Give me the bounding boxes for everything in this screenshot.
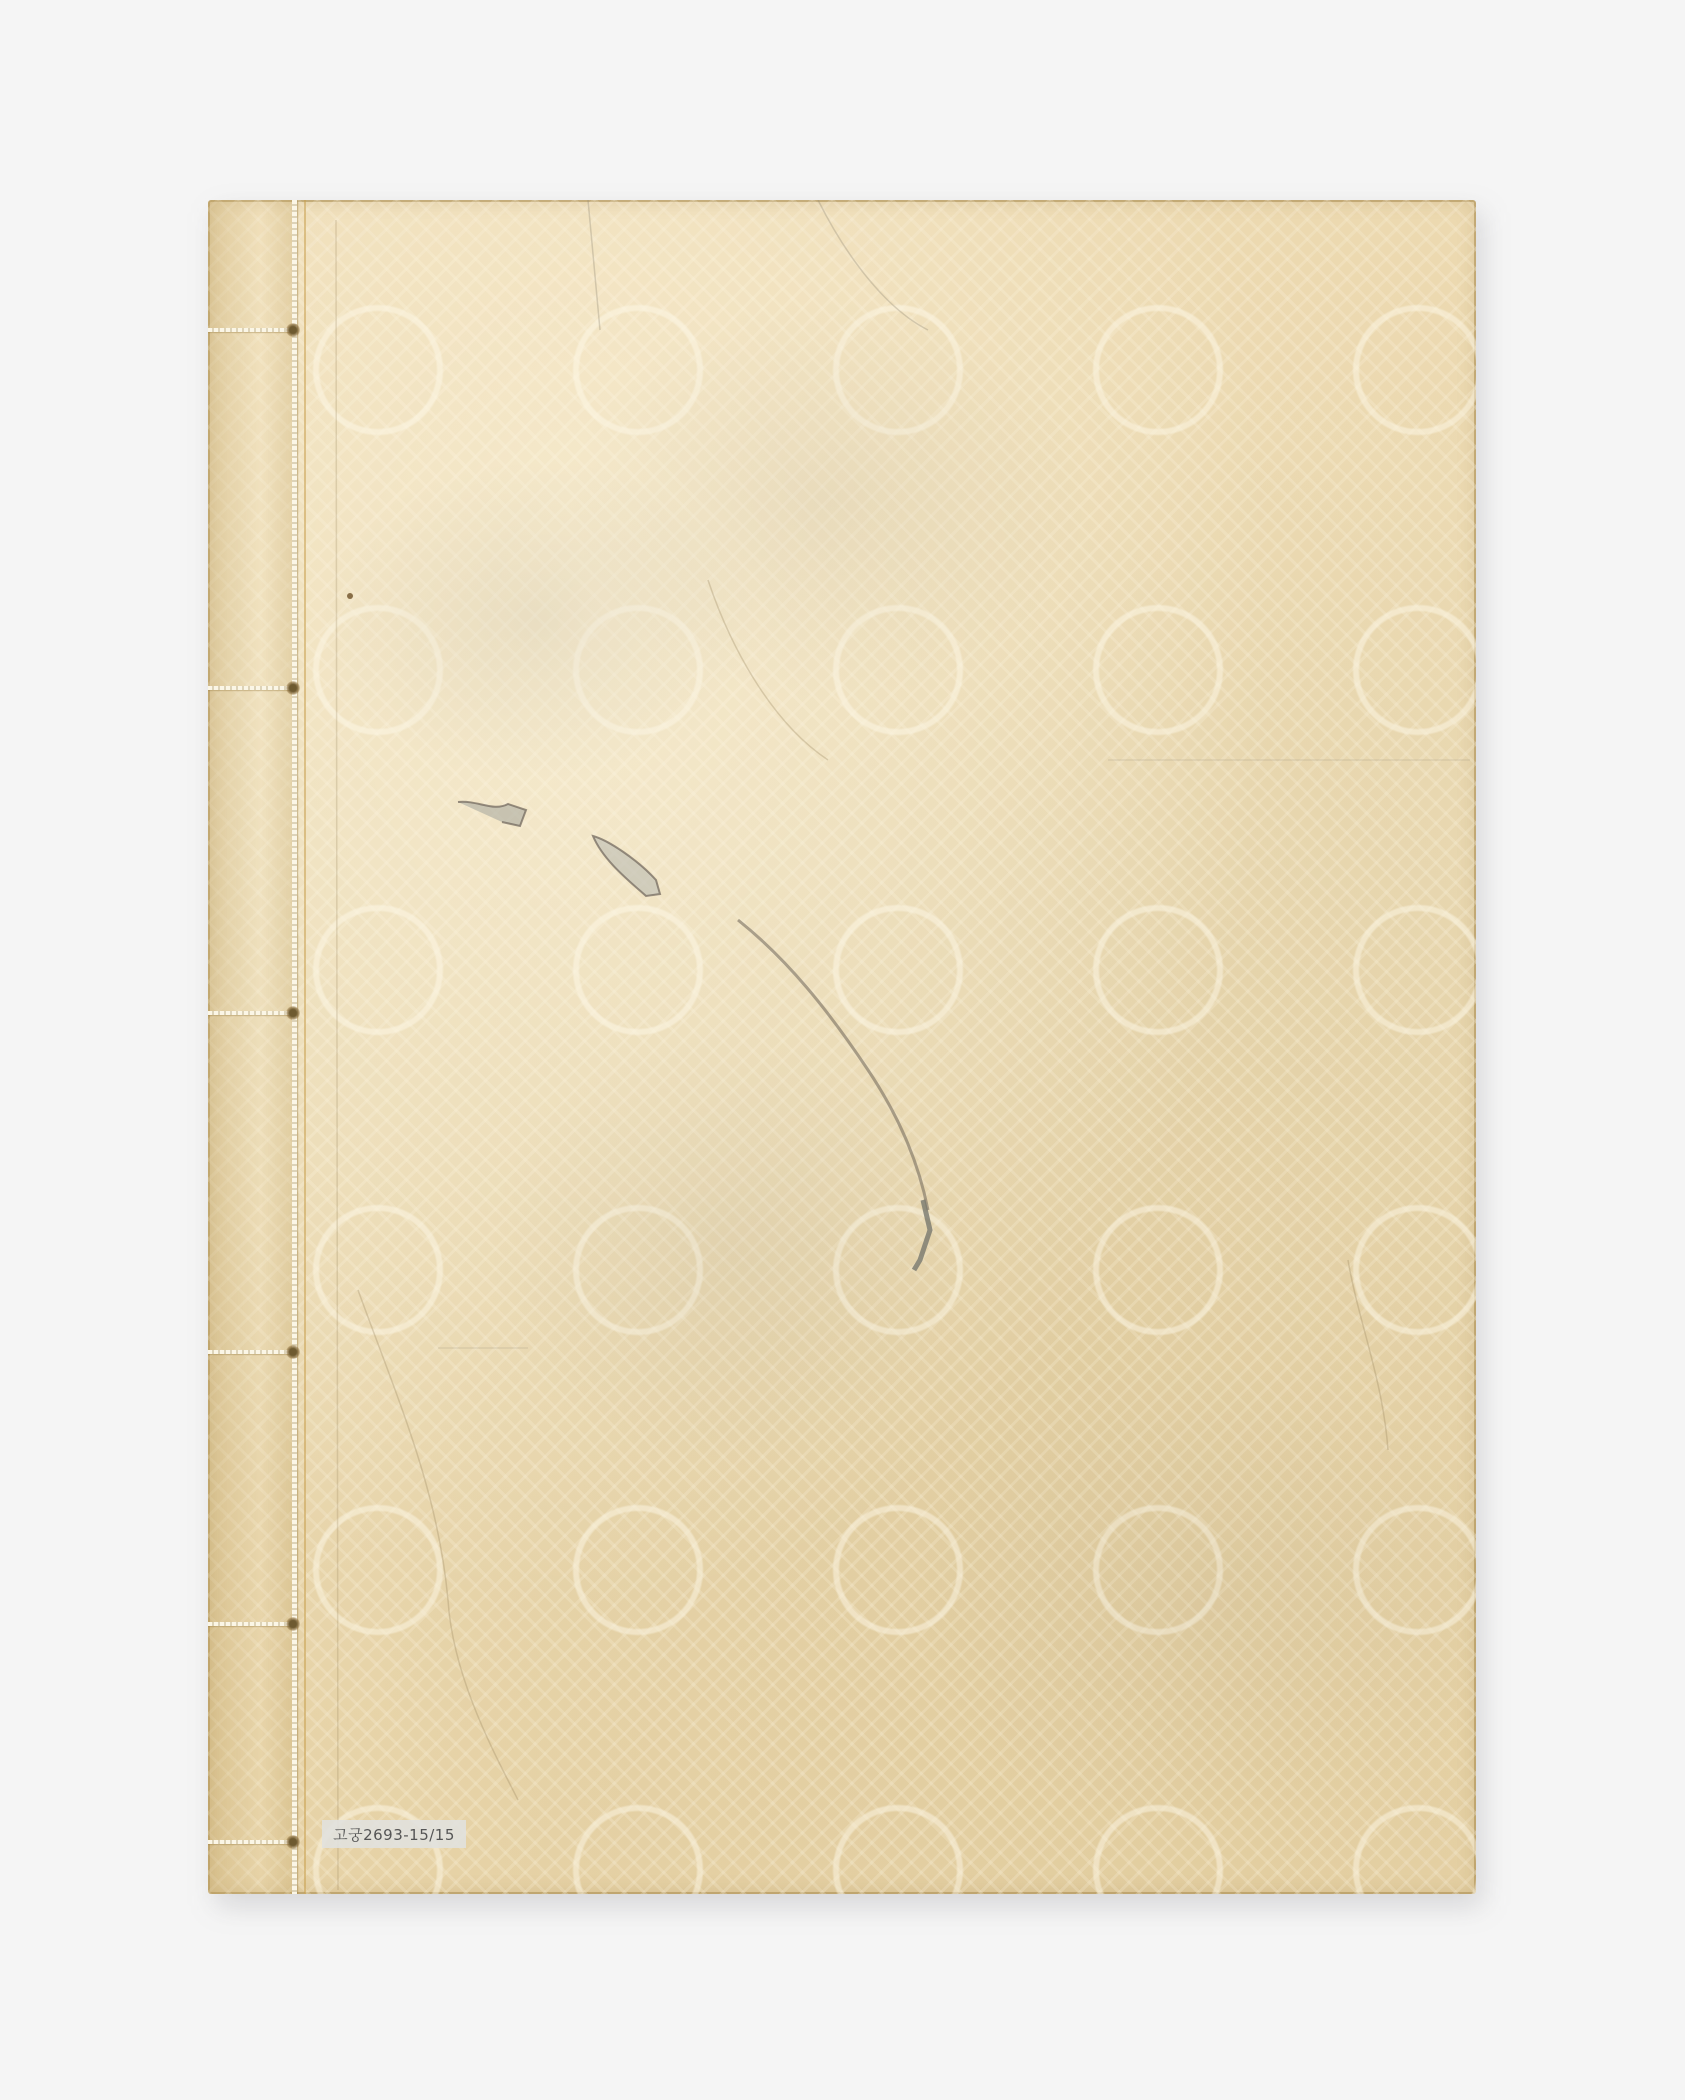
cover-damage-marks <box>208 200 1476 1894</box>
tear-mark <box>593 836 660 896</box>
crack-line <box>914 1200 930 1270</box>
crack-line <box>738 920 928 1210</box>
book-cover <box>208 200 1476 1894</box>
catalog-label: 고궁2693-15/15 <box>322 1820 466 1848</box>
tear-mark <box>458 802 526 826</box>
